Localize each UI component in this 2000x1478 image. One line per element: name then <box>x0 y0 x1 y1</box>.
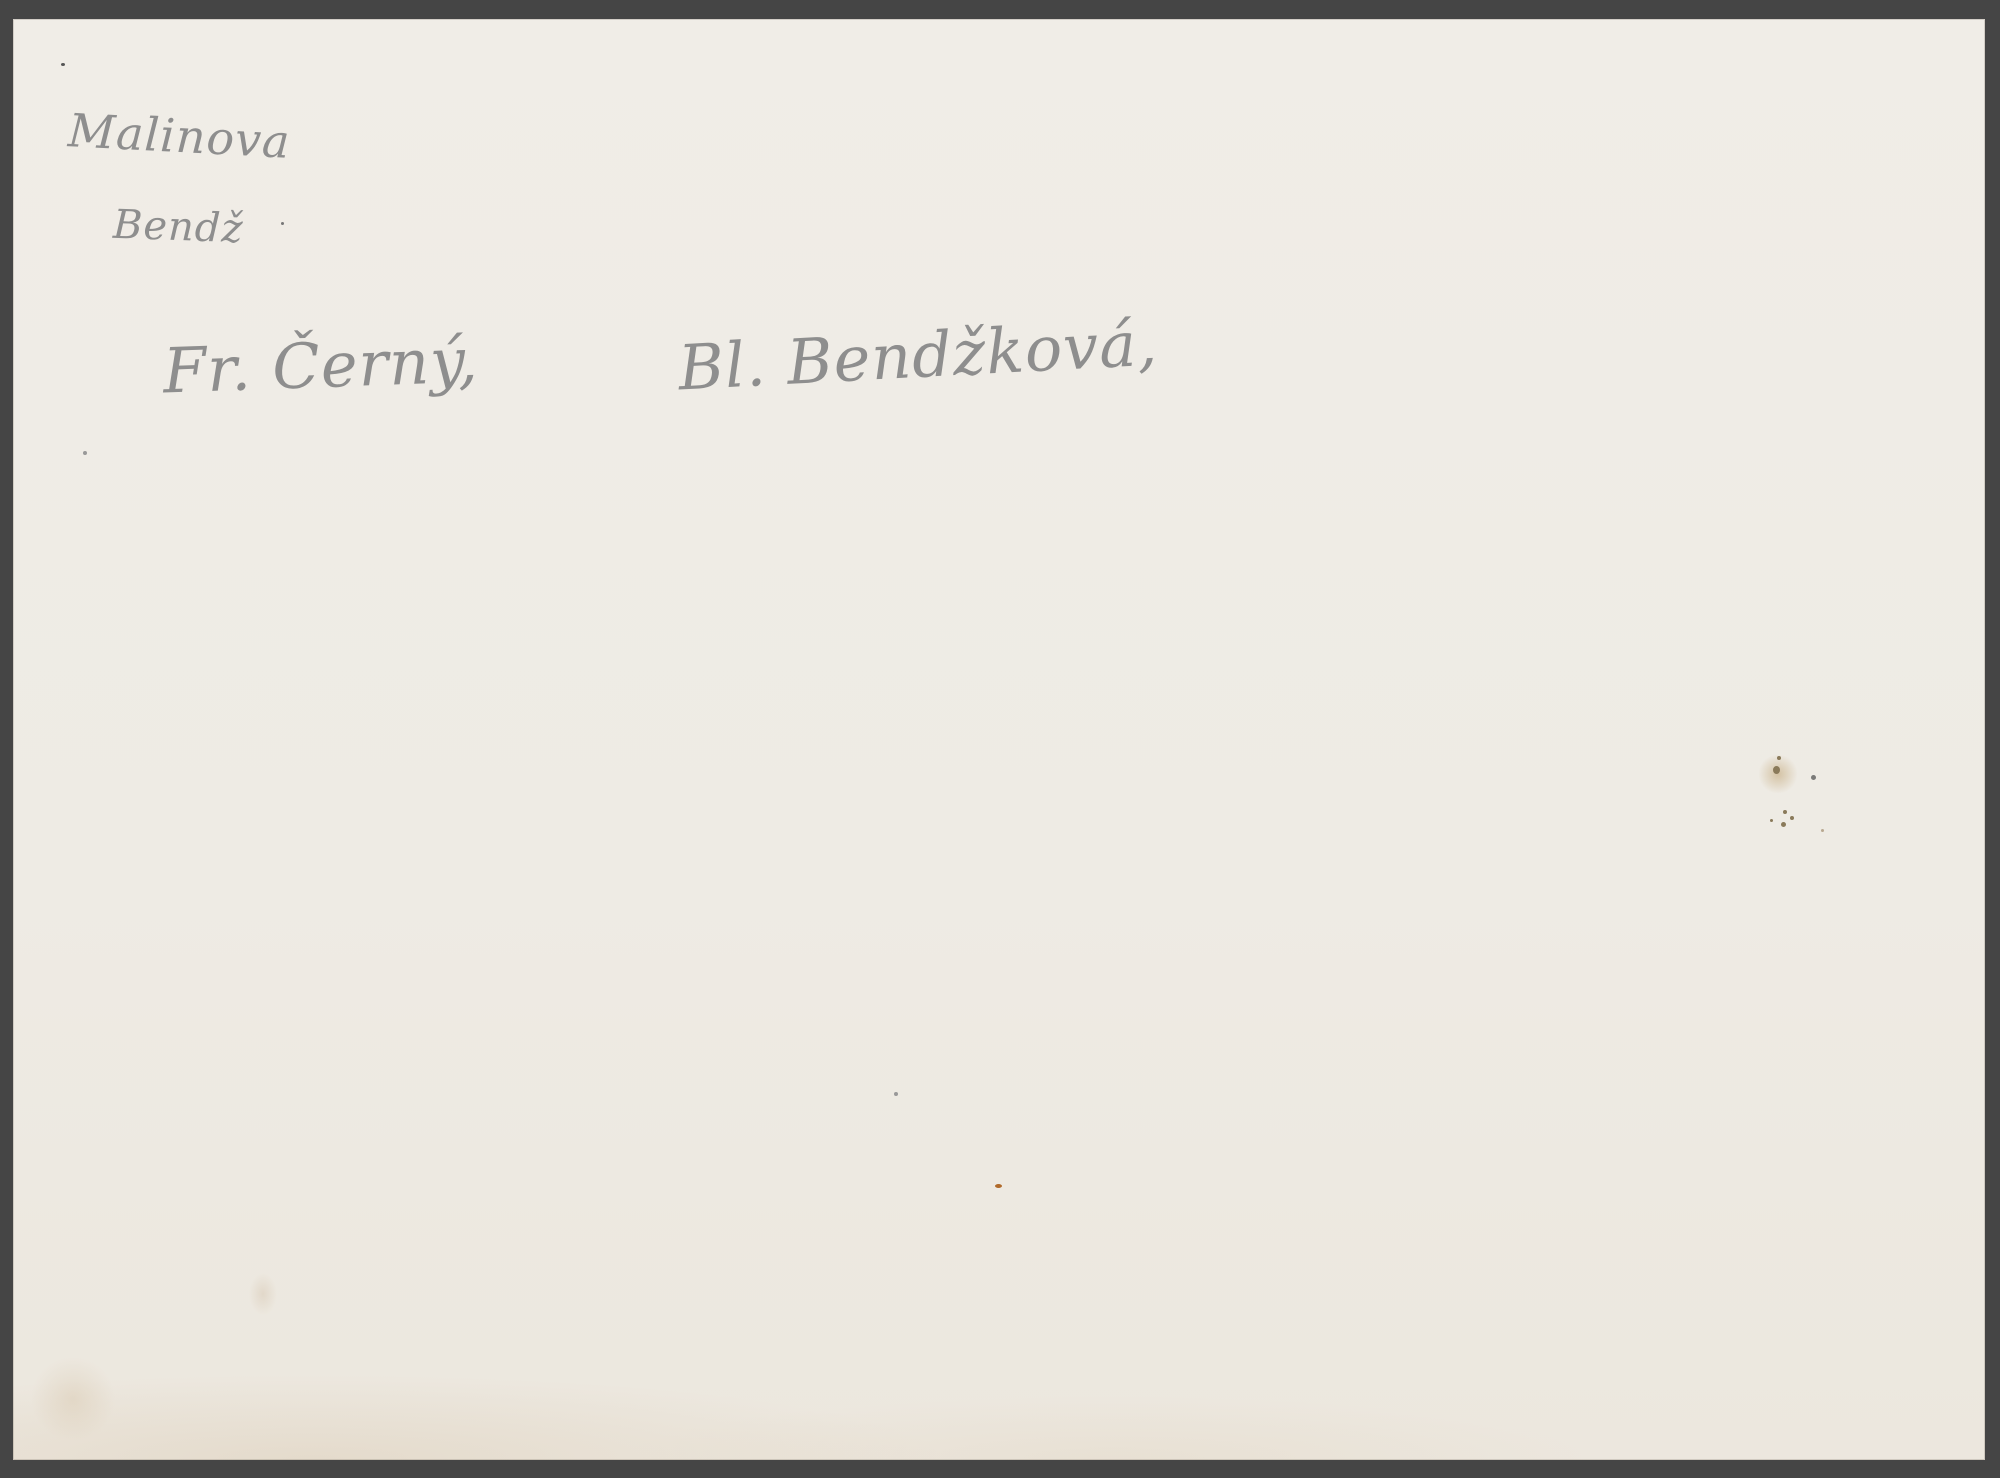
speck <box>894 1092 898 1096</box>
speck <box>83 451 87 455</box>
foxing-spot <box>1781 822 1786 827</box>
foxing-spot <box>1811 775 1816 780</box>
speck <box>61 63 65 66</box>
photo-verso-paper: Malinova Bendž Fr. Černý, Bl. Bendžková, <box>13 19 1985 1460</box>
foxing-spot <box>1821 829 1824 832</box>
handwritten-note-surname: Malinova <box>67 103 292 169</box>
handwritten-note-short: Bendž <box>112 202 244 253</box>
foxing-spot <box>1770 819 1773 822</box>
foxing-spot <box>1777 756 1781 760</box>
foxing-stain <box>1758 754 1798 794</box>
handwritten-note-name-1: Fr. Černý, <box>162 324 480 408</box>
handwritten-note-name-2: Bl. Bendžková, <box>676 306 1159 404</box>
speck <box>281 222 284 225</box>
foxing-spot <box>1790 816 1794 820</box>
speck <box>995 1184 1002 1188</box>
scan-background: Malinova Bendž Fr. Černý, Bl. Bendžková, <box>0 0 2000 1478</box>
foxing-spot <box>1773 766 1780 774</box>
foxing-spot <box>1783 810 1787 814</box>
